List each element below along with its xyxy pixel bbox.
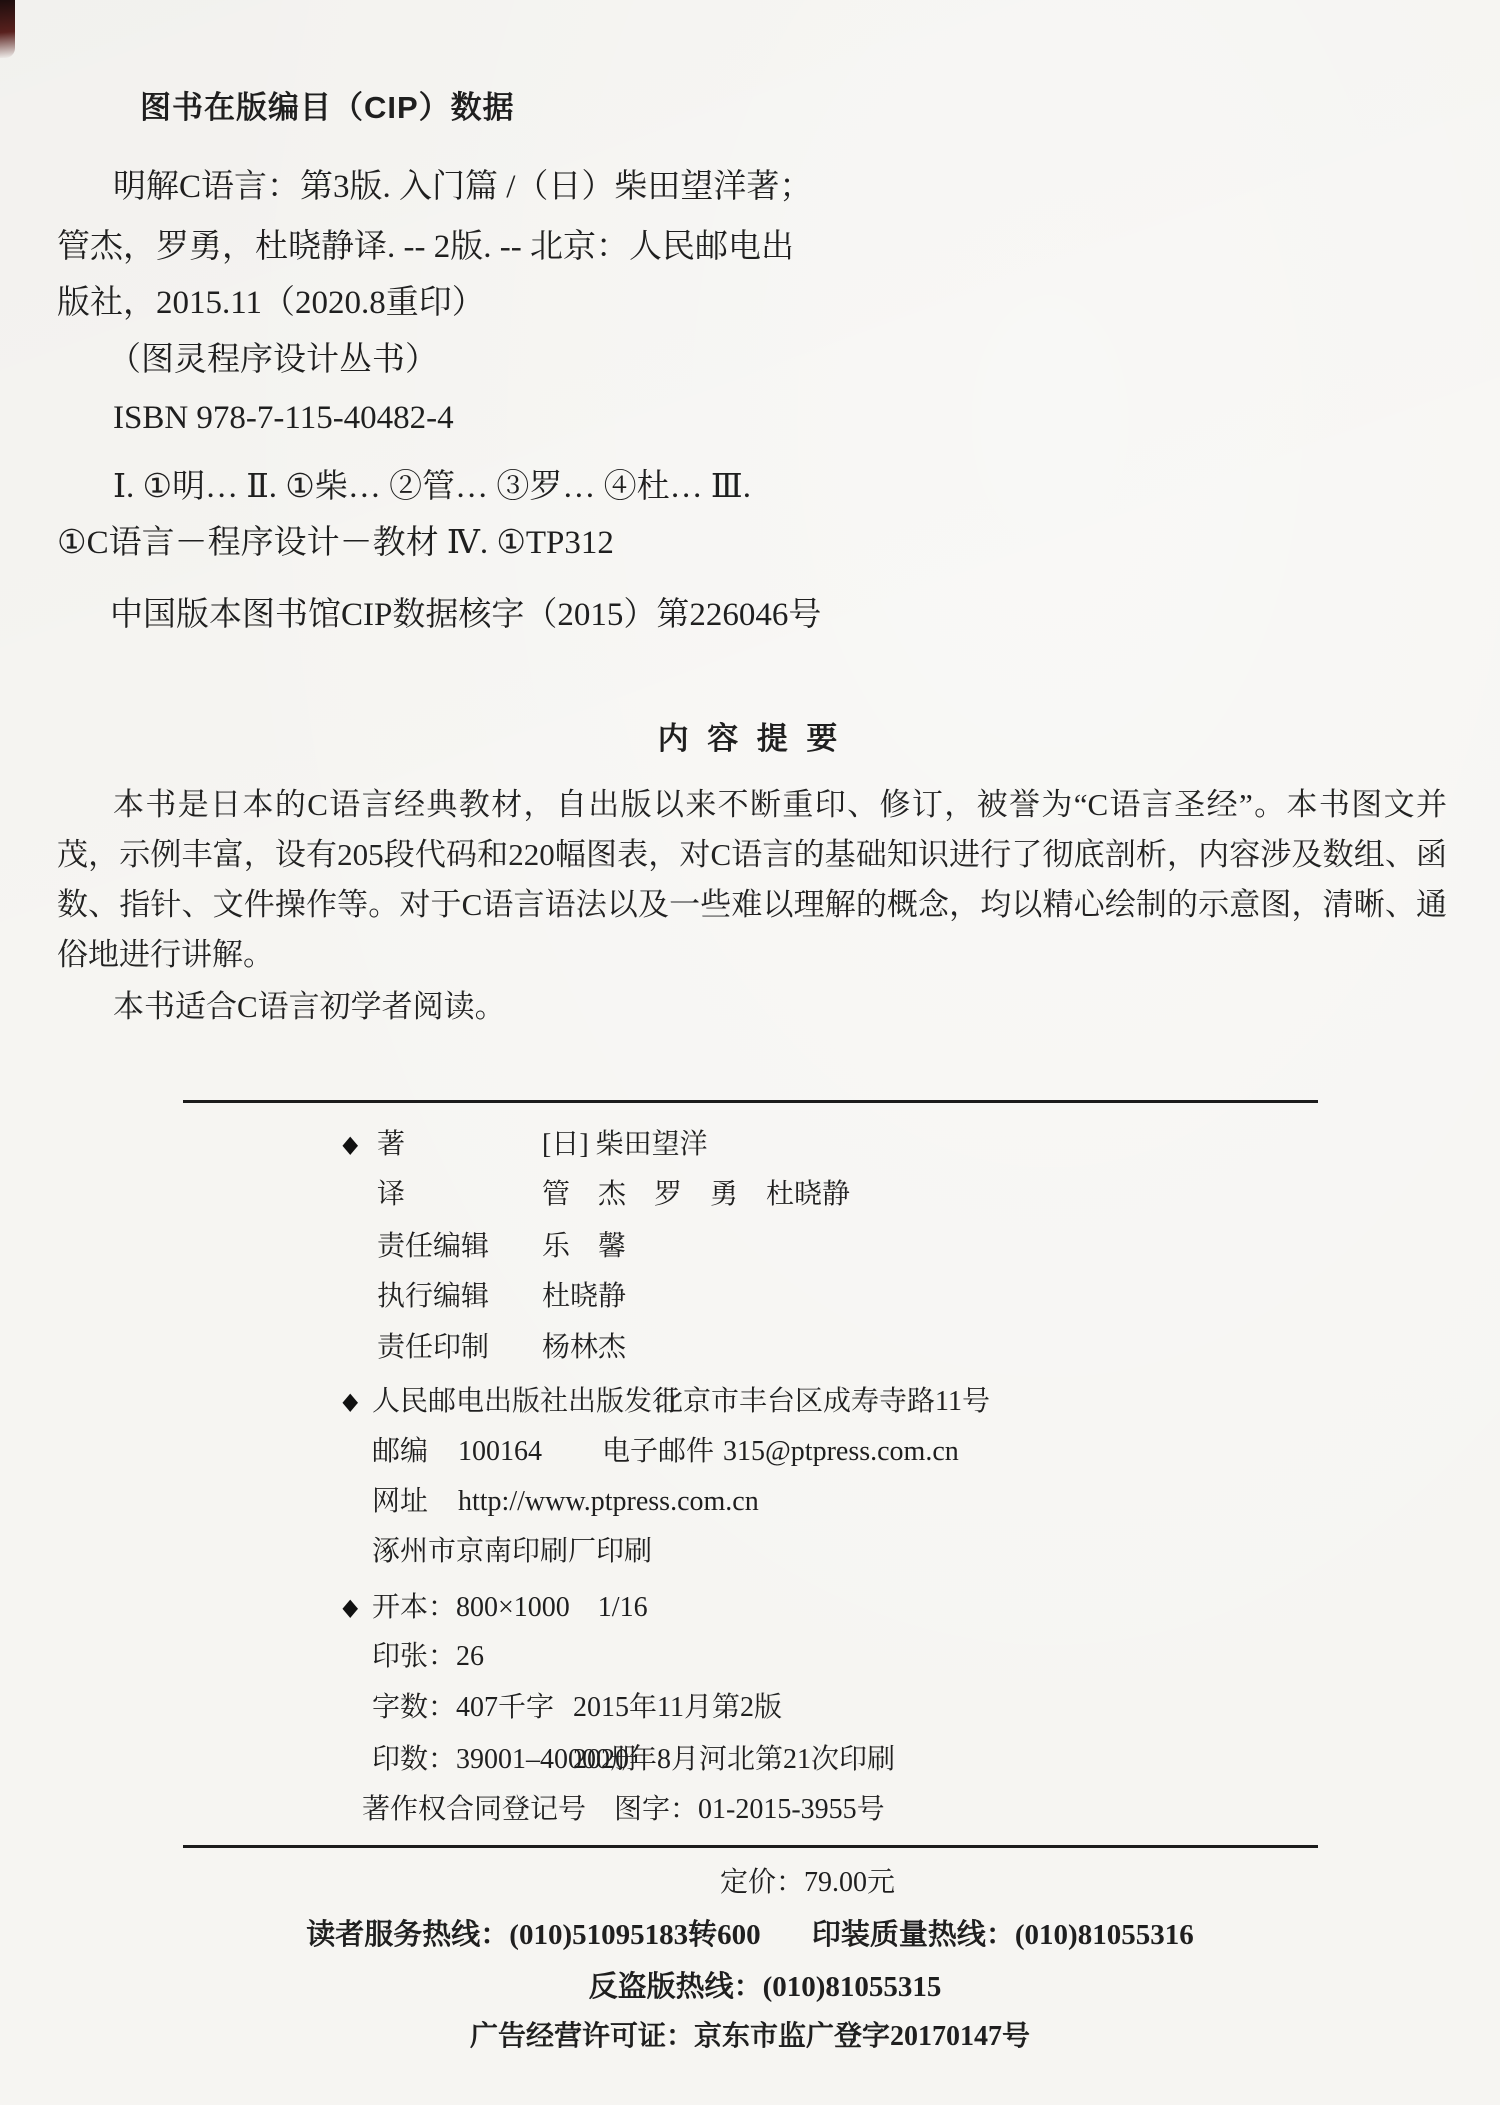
colophon-row-print-supervisor: 责任印制 杨林杰 xyxy=(0,1328,1500,1372)
author-label: 著 xyxy=(377,1125,405,1165)
colophon-row-publisher: ◆ 人民邮电出版社出版发行 北京市丰台区成寿寺路11号 xyxy=(0,1382,1500,1426)
colophon-row-printrun-impression: 印数：39001–40000册 2020年8月河北第21次印刷 xyxy=(0,1740,1500,1784)
diamond-bullet-icon: ◆ xyxy=(342,1125,358,1165)
website-url: http://www.ptpress.com.cn xyxy=(458,1482,759,1522)
translator-label: 译 xyxy=(377,1175,405,1215)
editor-value: 乐 馨 xyxy=(542,1227,626,1267)
diamond-bullet-icon: ◆ xyxy=(342,1588,358,1628)
scan-corner-artifact xyxy=(0,0,15,58)
colophon-row-author: ◆ 著 [日] 柴田望洋 xyxy=(0,1125,1500,1169)
edition-value: 2015年11月第2版 xyxy=(573,1688,782,1728)
ad-license-line: 广告经营许可证：京东市监广登字20170147号 xyxy=(0,2017,1500,2057)
cip-line-publisher: 版社，2015.11（2020.8重印） xyxy=(57,283,485,323)
cip-line-series: （图灵程序设计丛书） xyxy=(108,340,438,380)
colophon-row-registration: 著作权合同登记号 图字：01-2015-3955号 xyxy=(0,1790,1500,1834)
price-line: 定价：79.00元 xyxy=(115,1863,1500,1903)
impression-value: 2020年8月河北第21次印刷 xyxy=(573,1740,895,1780)
colophon-row-format: ◆ 开本：800×1000 1/16 xyxy=(0,1588,1500,1632)
colophon-row-exec-editor: 执行编辑 杜晓静 xyxy=(0,1277,1500,1321)
author-value: [日] 柴田望洋 xyxy=(542,1125,708,1165)
email-label: 电子邮件 xyxy=(602,1432,714,1472)
exec-editor-label: 执行编辑 xyxy=(377,1277,489,1317)
postcode-value: 100164 xyxy=(458,1432,542,1472)
cip-line-title: 明解C语言：第3版. 入门篇 /（日）柴田望洋著； xyxy=(113,167,812,207)
print-supervisor-value: 杨林杰 xyxy=(542,1328,626,1368)
word-count-value: 字数：407千字 xyxy=(372,1688,554,1728)
copyright-page: 图书在版编目（CIP）数据 明解C语言：第3版. 入门篇 /（日）柴田望洋著； … xyxy=(0,0,1500,2105)
hotline-line-1: 读者服务热线：(010)51095183转600 印装质量热线：(010)810… xyxy=(0,1915,1500,1955)
reader-hotline: 读者服务热线：(010)51095183转600 xyxy=(306,1919,760,1951)
printer-name: 涿州市京南印刷厂印刷 xyxy=(372,1532,652,1572)
colophon-row-translator: 译 管 杰 罗 勇 杜晓静 xyxy=(0,1175,1500,1219)
publisher-name: 人民邮电出版社出版发行 xyxy=(372,1382,680,1422)
cip-line-record-no: 中国版本图书馆CIP数据核字（2015）第226046号 xyxy=(110,595,821,635)
postcode-label: 邮编 xyxy=(372,1432,428,1472)
summary-heading: 内 容 提 要 xyxy=(0,713,1500,758)
summary-paragraph: 本书是日本的C语言经典教材，自出版以来不断重印、修订，被誉为“C语言圣经”。本书… xyxy=(57,780,1447,980)
divider-bottom xyxy=(183,1845,1318,1848)
translator-value: 管 杰 罗 勇 杜晓静 xyxy=(542,1175,850,1215)
copyright-registration: 著作权合同登记号 图字：01-2015-3955号 xyxy=(362,1790,885,1830)
cip-line-translators: 管杰，罗勇，杜晓静译. -- 2版. -- 北京：人民邮电出 xyxy=(57,227,794,267)
editor-label: 责任编辑 xyxy=(377,1227,489,1267)
divider-top xyxy=(183,1100,1318,1103)
colophon-row-wordcount-edition: 字数：407千字 2015年11月第2版 xyxy=(0,1688,1500,1732)
email-value: 315@ptpress.com.cn xyxy=(723,1432,959,1472)
cip-line-class-1: Ⅰ. ①明… Ⅱ. ①柴… ②管… ③罗… ④杜… Ⅲ. xyxy=(113,467,751,507)
exec-editor-value: 杜晓静 xyxy=(542,1277,626,1317)
colophon-row-printer: 涿州市京南印刷厂印刷 xyxy=(0,1532,1500,1576)
cip-line-class-2: ①C语言－程序设计－教材 Ⅳ. ①TP312 xyxy=(57,523,614,563)
colophon-row-contact: 邮编 100164 电子邮件 315@ptpress.com.cn xyxy=(0,1432,1500,1476)
cip-line-isbn: ISBN 978-7-115-40482-4 xyxy=(113,398,454,438)
publisher-address: 北京市丰台区成寿寺路11号 xyxy=(655,1382,990,1422)
cip-heading: 图书在版编目（CIP）数据 xyxy=(140,82,515,127)
summary-audience: 本书适合C语言初学者阅读。 xyxy=(57,982,1447,1032)
format-value: 开本：800×1000 1/16 xyxy=(372,1588,648,1628)
colophon-row-sheets: 印张：26 xyxy=(0,1637,1500,1681)
print-supervisor-label: 责任印制 xyxy=(377,1328,489,1368)
quality-hotline: 印装质量热线：(010)81055316 xyxy=(812,1919,1194,1951)
website-label: 网址 xyxy=(372,1482,428,1522)
colophon-row-editor: 责任编辑 乐 馨 xyxy=(0,1227,1500,1271)
colophon-row-website: 网址 http://www.ptpress.com.cn xyxy=(0,1482,1500,1526)
diamond-bullet-icon: ◆ xyxy=(342,1382,358,1422)
antipiracy-hotline: 反盗版热线：(010)81055315 xyxy=(30,1967,1500,2007)
sheets-value: 印张：26 xyxy=(372,1637,484,1677)
